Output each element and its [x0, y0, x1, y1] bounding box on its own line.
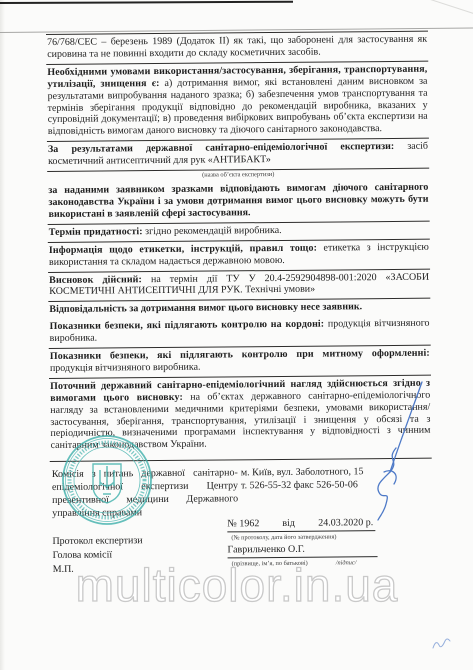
paragraph-usage-conditions: Необхідними умовами використання/застосу… — [46, 61, 429, 142]
paragraph-banned-substances: 76/768/СЕС – березень 1989 (Додаток II) … — [46, 31, 428, 65]
expertise-result-label: За результатами державної санітарно-епід… — [48, 141, 394, 155]
shelf-life-label: Термін придатності: — [49, 226, 143, 238]
shelf-life-text: згідно рекомендацій виробника. — [145, 225, 282, 237]
watermark-text: multicolor.in.ua — [33, 557, 441, 621]
intro-text: 76/768/СЕС – березень 1989 (Додаток II) … — [47, 34, 427, 60]
validity-label: Висновок дійсний: — [49, 274, 142, 286]
pen-mark-icon — [430, 634, 456, 654]
paragraph-labeling-info: Інформація щодо етикетки, інструкцій, пр… — [48, 239, 430, 272]
scan-artifact-top-line — [0, 1, 293, 5]
paragraph-compliance: за наданими заявником зразками відповіда… — [47, 180, 429, 225]
compliance-text: за наданими заявником зразками відповіда… — [48, 182, 428, 220]
round-seal-stamp-icon — [59, 432, 155, 528]
watermark-label: multicolor.in.ua — [76, 559, 399, 611]
border-control-label: Показники безпеки, які підлягають контро… — [50, 319, 325, 332]
protocol-label: Протокол експертизи — [52, 534, 142, 548]
expertise-result-line: За результатами державної санітарно-епід… — [47, 139, 429, 172]
customs-control-label: Показники безпеки, які підлягають контро… — [50, 348, 430, 362]
paragraph-border-control: Показники безпеки, які підлягають контро… — [48, 316, 430, 349]
scanned-document-page: { "doc": { "intro": "76/768/СЕС – березе… — [0, 0, 473, 670]
scan-artifact-streak — [418, 0, 473, 18]
paragraph-customs-control: Показники безпеки, які підлягають контро… — [49, 346, 431, 379]
protocol-vid-word: від — [282, 517, 295, 530]
customs-control-text: продукція вітчизняного виробника. — [50, 362, 201, 374]
document-body: 76/768/СЕС – березень 1989 (Додаток II) … — [46, 31, 433, 633]
handwritten-signature — [356, 376, 440, 524]
scan-edge-shadow — [0, 0, 5, 670]
paragraph-validity: Висновок дійсний: на термін дії ТУ У 20.… — [48, 269, 430, 302]
paragraph-expertise-result: За результатами державної санітарно-епід… — [47, 139, 429, 183]
responsibility-text: Відповідальність за дотримання вимог цьо… — [49, 302, 362, 316]
protocol-number: № 1962 — [227, 517, 259, 530]
